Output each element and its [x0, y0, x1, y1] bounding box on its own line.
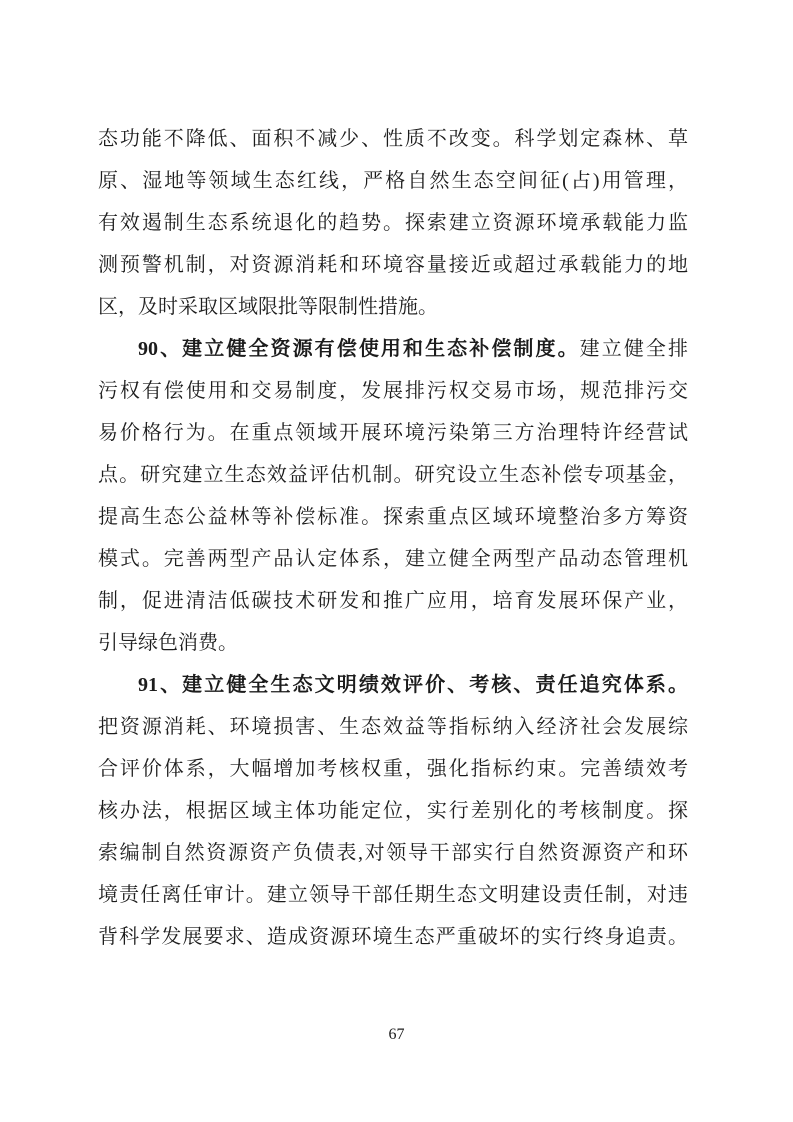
body-text: 污权有偿使用和交易制度，发展排污权交易市场，规范排污交	[98, 380, 688, 402]
text-line: 易价格行为。在重点领域开展环境污染第三方治理特许经营试	[98, 412, 688, 454]
text-line: 污权有偿使用和交易制度，发展排污权交易市场，规范排污交	[98, 370, 688, 412]
body-text: 原、湿地等领域生态红线，严格自然生态空间征(占)用管理，	[98, 170, 688, 192]
paragraph: 90、建立健全资源有偿使用和生态补偿制度。建立健全排污权有偿使用和交易制度，发展…	[98, 328, 688, 664]
paragraph: 91、建立健全生态文明绩效评价、考核、责任追究体系。把资源消耗、环境损害、生态效…	[98, 664, 688, 958]
text-line: 把资源消耗、环境损害、生态效益等指标纳入经济社会发展综	[98, 706, 688, 748]
document-body: 态功能不降低、面积不减少、性质不改变。科学划定森林、草原、湿地等领域生态红线，严…	[98, 118, 688, 958]
body-text: 易价格行为。在重点领域开展环境污染第三方治理特许经营试	[98, 422, 688, 444]
body-text: 测预警机制，对资源消耗和环境容量接近或超过承载能力的地	[98, 254, 688, 276]
body-text: 建立健全排	[580, 338, 688, 360]
item-heading: 90、建立健全资源有偿使用和生态补偿制度。	[138, 338, 580, 360]
text-line: 核办法，根据区域主体功能定位，实行差别化的考核制度。探	[98, 790, 688, 832]
paragraph: 态功能不降低、面积不减少、性质不改变。科学划定森林、草原、湿地等领域生态红线，严…	[98, 118, 688, 328]
body-text: 引导绿色消费。	[98, 632, 238, 654]
text-line: 点。研究建立生态效益评估机制。研究设立生态补偿专项基金，	[98, 454, 688, 496]
text-line: 有效遏制生态系统退化的趋势。探索建立资源环境承载能力监	[98, 202, 688, 244]
document-page: 态功能不降低、面积不减少、性质不改变。科学划定森林、草原、湿地等领域生态红线，严…	[0, 0, 793, 1122]
text-line: 合评价体系，大幅增加考核权重，强化指标约束。完善绩效考	[98, 748, 688, 790]
body-text: 核办法，根据区域主体功能定位，实行差别化的考核制度。探	[98, 800, 688, 822]
text-line: 态功能不降低、面积不减少、性质不改变。科学划定森林、草	[98, 118, 688, 160]
text-line: 原、湿地等领域生态红线，严格自然生态空间征(占)用管理，	[98, 160, 688, 202]
text-line: 境责任离任审计。建立领导干部任期生态文明建设责任制，对违	[98, 874, 688, 916]
text-line: 测预警机制，对资源消耗和环境容量接近或超过承载能力的地	[98, 244, 688, 286]
body-text: 态功能不降低、面积不减少、性质不改变。科学划定森林、草	[98, 128, 688, 150]
text-line: 引导绿色消费。	[98, 622, 688, 664]
text-line: 90、建立健全资源有偿使用和生态补偿制度。建立健全排	[98, 328, 688, 370]
body-text: 合评价体系，大幅增加考核权重，强化指标约束。完善绩效考	[98, 758, 688, 780]
text-line: 区，及时采取区域限批等限制性措施。	[98, 286, 688, 328]
body-text: 索编制自然资源资产负债表,对领导干部实行自然资源资产和环	[98, 842, 688, 864]
body-text: 模式。完善两型产品认定体系，建立健全两型产品动态管理机	[98, 548, 688, 570]
text-line: 背科学发展要求、造成资源环境生态严重破坏的实行终身追责。	[98, 916, 688, 958]
text-line: 索编制自然资源资产负债表,对领导干部实行自然资源资产和环	[98, 832, 688, 874]
text-line: 制，促进清洁低碳技术研发和推广应用，培育发展环保产业，	[98, 580, 688, 622]
page-number: 67	[0, 1021, 793, 1049]
text-line: 提高生态公益林等补偿标准。探索重点区域环境整治多方筹资	[98, 496, 688, 538]
body-text: 制，促进清洁低碳技术研发和推广应用，培育发展环保产业，	[98, 590, 688, 612]
body-text: 背科学发展要求、造成资源环境生态严重破坏的实行终身追责。	[98, 926, 688, 948]
body-text: 提高生态公益林等补偿标准。探索重点区域环境整治多方筹资	[98, 506, 688, 528]
body-text: 点。研究建立生态效益评估机制。研究设立生态补偿专项基金，	[98, 464, 688, 486]
body-text: 有效遏制生态系统退化的趋势。探索建立资源环境承载能力监	[98, 212, 688, 234]
text-line: 模式。完善两型产品认定体系，建立健全两型产品动态管理机	[98, 538, 688, 580]
item-heading: 91、建立健全生态文明绩效评价、考核、责任追究体系。	[138, 674, 688, 696]
body-text: 境责任离任审计。建立领导干部任期生态文明建设责任制，对违	[98, 884, 688, 906]
body-text: 把资源消耗、环境损害、生态效益等指标纳入经济社会发展综	[98, 716, 688, 738]
text-line: 91、建立健全生态文明绩效评价、考核、责任追究体系。	[98, 664, 688, 706]
body-text: 区，及时采取区域限批等限制性措施。	[98, 296, 438, 318]
